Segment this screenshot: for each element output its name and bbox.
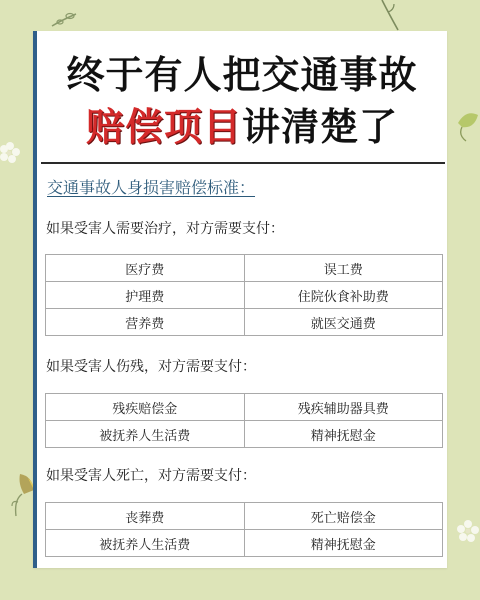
table-cell: 误工费 [244, 255, 443, 282]
table-cell: 死亡赔偿金 [244, 503, 443, 530]
table-row: 营养费 就医交通费 [46, 309, 443, 336]
vine-stem-icon [378, 0, 404, 32]
table-cell: 丧葬费 [46, 503, 245, 530]
table-row: 被抚养人生活费 精神抚慰金 [46, 421, 443, 448]
flower-icon [456, 518, 480, 544]
section-subtitle: 交通事故人身损害赔偿标准： [47, 178, 255, 198]
disability-items-table: 残疾赔偿金 残疾辅助器具费 被抚养人生活费 精神抚慰金 [45, 393, 443, 448]
table-row: 护理费 住院伙食补助费 [46, 282, 443, 309]
vine-sprig-icon [50, 10, 80, 30]
table-cell: 营养费 [46, 309, 245, 336]
flower-icon [0, 140, 22, 166]
treatment-items-table: 医疗费 误工费 护理费 住院伙食补助费 营养费 就医交通费 [45, 254, 443, 336]
table-cell: 医疗费 [46, 255, 245, 282]
table-row: 被抚养人生活费 精神抚慰金 [46, 530, 443, 557]
headline-line-1: 终于有人把交通事故 [37, 53, 447, 97]
leaf-icon [452, 105, 480, 145]
table-cell: 残疾赔偿金 [46, 394, 245, 421]
content-card: 终于有人把交通事故 赔偿项目讲清楚了 交通事故人身损害赔偿标准： 如果受害人需要… [33, 31, 447, 568]
table-cell: 精神抚慰金 [244, 530, 443, 557]
headline-highlight: 赔偿项目 [86, 105, 242, 149]
section-label-disability: 如果受害人伤残，对方需要支付： [46, 358, 256, 376]
table-cell: 被抚养人生活费 [46, 530, 245, 557]
table-cell: 精神抚慰金 [244, 421, 443, 448]
table-row: 医疗费 误工费 [46, 255, 443, 282]
section-label-death: 如果受害人死亡，对方需要支付： [46, 467, 256, 485]
header-divider [41, 162, 445, 164]
death-items-table: 丧葬费 死亡赔偿金 被抚养人生活费 精神抚慰金 [45, 502, 443, 557]
headline-rest: 讲清楚了 [242, 105, 398, 149]
table-row: 残疾赔偿金 残疾辅助器具费 [46, 394, 443, 421]
table-cell: 护理费 [46, 282, 245, 309]
table-cell: 残疾辅助器具费 [244, 394, 443, 421]
section-label-treatment: 如果受害人需要治疗，对方需要支付： [46, 220, 284, 238]
bell-flower-icon [8, 470, 34, 520]
table-cell: 就医交通费 [244, 309, 443, 336]
table-row: 丧葬费 死亡赔偿金 [46, 503, 443, 530]
headline-line-2: 赔偿项目讲清楚了 [37, 105, 447, 149]
table-cell: 被抚养人生活费 [46, 421, 245, 448]
table-cell: 住院伙食补助费 [244, 282, 443, 309]
